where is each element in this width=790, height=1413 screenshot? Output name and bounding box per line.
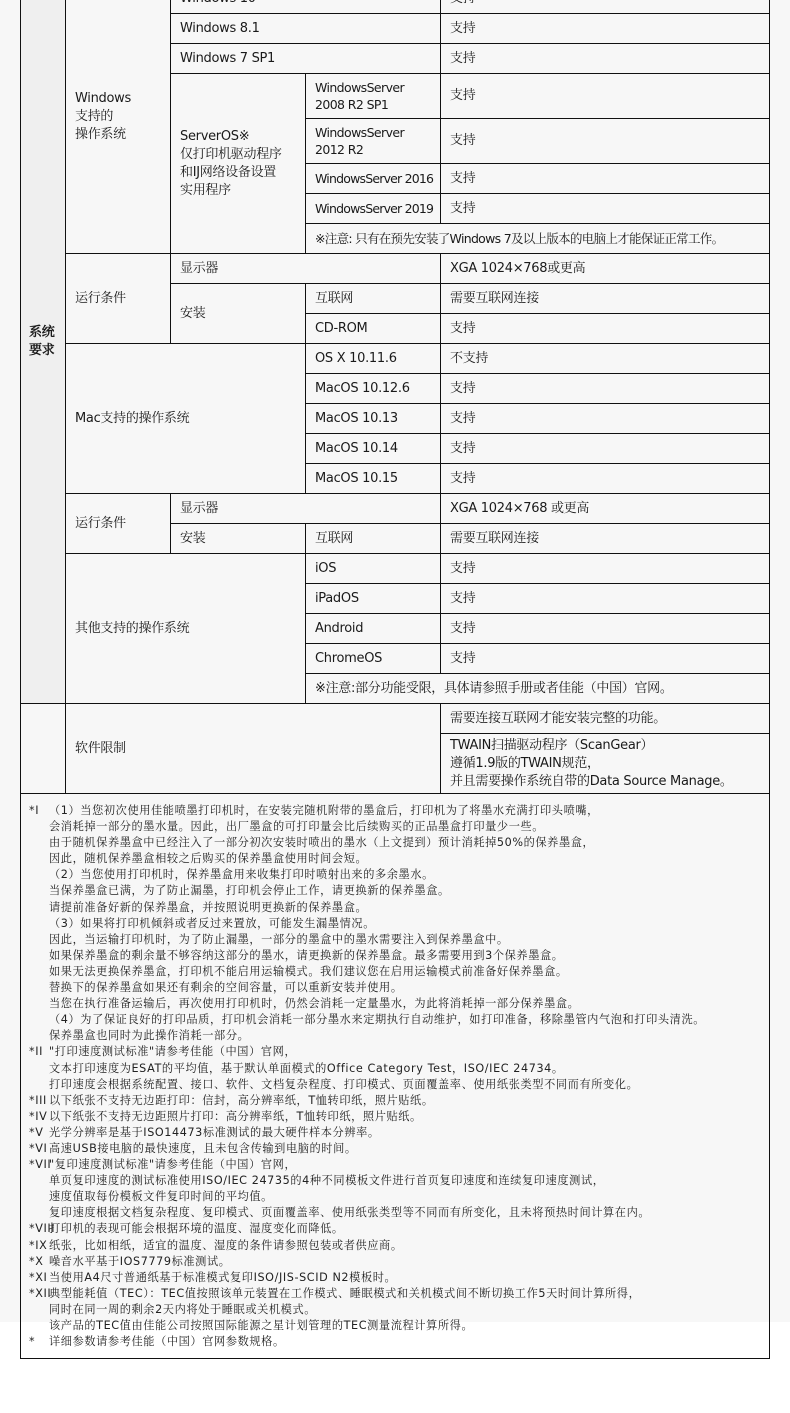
os-cell: iOS — [305, 553, 440, 583]
install-item: 互联网 — [305, 523, 440, 553]
footnote-line: 复印速度根据文档复杂程度、复印模式、页面覆盖率、使用纸张类型等不同而有所变化，且… — [29, 1205, 769, 1221]
footnote-line: *VII"复印速度测试标准"请参考佳能（中国）官网， — [29, 1157, 769, 1173]
footnote-line: 速度值取每份模板文件复印时间的平均值。 — [29, 1189, 769, 1205]
display-value: XGA 1024×768 或更高 — [440, 493, 769, 523]
footnote-marker: *VIII — [29, 1221, 49, 1237]
footnote-marker — [29, 883, 49, 899]
footnote-marker — [29, 932, 49, 948]
software-limit-label: 软件限制 — [65, 703, 440, 793]
footnote-marker: *IX — [29, 1238, 49, 1254]
footnote-text: 该产品的TEC值由佳能公司按照国际能源之星计划管理的TEC测量流程计算所得。 — [49, 1318, 473, 1334]
footnote-marker — [29, 1302, 49, 1318]
footnote-marker — [29, 948, 49, 964]
footnote-marker — [29, 1318, 49, 1334]
support-cell: 支持 — [440, 463, 769, 493]
footnote-line: 替换下的保养墨盒如果还有剩余的空间容量，可以重新安装并使用。 — [29, 980, 769, 996]
footnote-text: （1）当您初次使用佳能喷墨打印机时，在安装完随机附带的墨盒后，打印机为了将墨水充… — [49, 803, 599, 819]
footnote-line: 如果无法更换保养墨盒，打印机不能启用运输模式。我们建议您在启用运输模式前准备好保… — [29, 964, 769, 980]
footnotes: *I（1）当您初次使用佳能喷墨打印机时，在安装完随机附带的墨盒后，打印机为了将墨… — [20, 793, 770, 1359]
footnote-line: *IV以下纸张不支持无边距照片打印：高分辨率纸，T恤转印纸，照片贴纸。 — [29, 1109, 769, 1125]
os-cell: Android — [305, 613, 440, 643]
footnote-line: 打印速度会根据系统配置、接口、软件、文档复杂程度、打印模式、页面覆盖率、使用纸张… — [29, 1077, 769, 1093]
footnote-line: 当保养墨盒已满，为了防止漏墨，打印机会停止工作，请更换新的保养墨盒。 — [29, 883, 769, 899]
os-cell: MacOS 10.12.6 — [305, 373, 440, 403]
os-cell: Windows 10 — [170, 0, 440, 13]
footnote-line: *VIII打印机的表现可能会根据环境的温度、湿度变化而降低。 — [29, 1221, 769, 1237]
support-cell: 支持 — [440, 193, 769, 223]
os-cell: Windows 7 SP1 — [170, 43, 440, 73]
footnote-line: （2）当您使用打印机时，保养墨盒用来收集打印时喷射出来的多余墨水。 — [29, 867, 769, 883]
footnote-marker — [29, 1205, 49, 1221]
footnote-text: 打印机的表现可能会根据环境的温度、湿度变化而降低。 — [49, 1221, 344, 1237]
footnote-line: 当您在执行准备运输后，再次使用打印机时，仍然会消耗一定量墨水，为此将消耗掉一部分… — [29, 996, 769, 1012]
footnote-line: *I（1）当您初次使用佳能喷墨打印机时，在安装完随机附带的墨盒后，打印机为了将墨… — [29, 803, 769, 819]
footnote-text: 如果保养墨盒的剩余量不够容纳这部分的墨水，请更换新的保养墨盒。最多需要用到3个保… — [49, 948, 564, 964]
win-conditions-label: 运行条件 — [65, 253, 170, 343]
footnote-text: 保养墨盒也同时为此操作消耗一部分。 — [49, 1028, 249, 1044]
footnote-text: （2）当您使用打印机时，保养墨盒用来收集打印时喷射出来的多余墨水。 — [49, 867, 434, 883]
footnote-text: 当使用A4尺寸普通纸基于标准模式复印ISO/JIS-SCID N2模板时。 — [49, 1270, 396, 1286]
server-os-cell: WindowsServer 2012 R2 — [305, 118, 440, 163]
footnote-line: 会消耗掉一部分的墨水量。因此，出厂墨盒的可打印量会比后续购买的正品墨盒打印量少一… — [29, 819, 769, 835]
other-os-note: ※注意:部分功能受限，具体请参照手册或者佳能（中国）官网。 — [305, 673, 769, 703]
install-value: 需要互联网连接 — [440, 283, 769, 313]
support-cell: 支持 — [440, 0, 769, 13]
footnote-marker — [29, 900, 49, 916]
install-value: 需要互联网连接 — [440, 523, 769, 553]
os-cell: MacOS 10.14 — [305, 433, 440, 463]
footnote-text: 打印速度会根据系统配置、接口、软件、文档复杂程度、打印模式、页面覆盖率、使用纸张… — [49, 1077, 638, 1093]
footnote-line: *III以下纸张不支持无边距打印：信封，高分辨率纸，T恤转印纸，照片贴纸。 — [29, 1093, 769, 1109]
footnote-text: 以下纸张不支持无边距打印：信封，高分辨率纸，T恤转印纸，照片贴纸。 — [49, 1093, 434, 1109]
footnote-marker — [29, 1028, 49, 1044]
footnote-text: 详细参数请参考佳能（中国）官网参数规格。 — [49, 1334, 285, 1350]
section-label-system-requirements: 系统 要求 — [20, 0, 65, 703]
install-item: CD-ROM — [305, 313, 440, 343]
footnote-line: *XII典型能耗值（TEC）：TEC值按照该单元装置在工作模式、睡眠模式和关机模… — [29, 1286, 769, 1302]
footnote-text: 复印速度根据文档复杂程度、复印模式、页面覆盖率、使用纸张类型等不同而有所变化，且… — [49, 1205, 650, 1221]
mac-os-group-label: Mac支持的操作系统 — [65, 343, 305, 493]
footnote-text: 高速USB接电脑的最快速度，且未包含传输到电脑的时间。 — [49, 1141, 357, 1157]
footnote-line: 因此，随机保养墨盒相较之后购买的保养墨盒使用时间会短。 — [29, 851, 769, 867]
footnote-marker: * — [29, 1334, 49, 1350]
footnote-line: 该产品的TEC值由佳能公司按照国际能源之星计划管理的TEC测量流程计算所得。 — [29, 1318, 769, 1334]
footnote-text: 文本打印速度为ESAT的平均值，基于默认单面模式的Office Category… — [49, 1061, 564, 1077]
footnote-text: 当您在执行准备运输后，再次使用打印机时，仍然会消耗一定量墨水，为此将消耗掉一部分… — [49, 996, 579, 1012]
support-cell: 支持 — [440, 433, 769, 463]
mac-conditions-label: 运行条件 — [65, 493, 170, 553]
footnote-line: *II"打印速度测试标准"请参考佳能（中国）官网， — [29, 1044, 769, 1060]
support-cell: 支持 — [440, 583, 769, 613]
display-label: 显示器 — [170, 493, 440, 523]
support-cell: 支持 — [440, 118, 769, 163]
footnote-text: 单页复印速度的测试标准使用ISO/IEC 24735的4种不同模板文件进行首页复… — [49, 1173, 605, 1189]
support-cell: 支持 — [440, 73, 769, 118]
footnote-line: 由于随机保养墨盒中已经注入了一部分初次安装时喷出的墨水（上文提到）预计消耗掉50… — [29, 835, 769, 851]
footnote-line: 同时在同一周的剩余2天内将处于睡眠或关机模式。 — [29, 1302, 769, 1318]
server-os-cell: WindowsServer 2019 — [305, 193, 440, 223]
support-cell: 支持 — [440, 373, 769, 403]
footnote-text: 光学分辨率是基于ISO14473标准测试的最大硬件样本分辨率。 — [49, 1125, 380, 1141]
footnote-marker — [29, 1061, 49, 1077]
footnote-text: 替换下的保养墨盒如果还有剩余的空间容量，可以重新安装并使用。 — [49, 980, 403, 996]
software-limit-value: 需要连接互联网才能安装完整的功能。 — [440, 703, 769, 733]
footnote-line: *IX纸张，比如相纸，适宜的温度、湿度的条件请参照包装或者供应商。 — [29, 1238, 769, 1254]
footnote-text: 以下纸张不支持无边距照片打印：高分辨率纸，T恤转印纸，照片贴纸。 — [49, 1109, 422, 1125]
os-cell: MacOS 10.15 — [305, 463, 440, 493]
footnote-line: *VI高速USB接电脑的最快速度，且未包含传输到电脑的时间。 — [29, 1141, 769, 1157]
footnote-line: *X噪音水平基于IOS7779标准测试。 — [29, 1254, 769, 1270]
footnote-marker — [29, 851, 49, 867]
footnote-text: 速度值取每份模板文件复印时间的平均值。 — [49, 1189, 273, 1205]
display-label: 显示器 — [170, 253, 440, 283]
footnote-text: "打印速度测试标准"请参考佳能（中国）官网， — [49, 1044, 296, 1060]
footnote-text: "复印速度测试标准"请参考佳能（中国）官网， — [49, 1157, 296, 1173]
support-cell: 支持 — [440, 643, 769, 673]
footnote-marker: *II — [29, 1044, 49, 1060]
footnote-line: 保养墨盒也同时为此操作消耗一部分。 — [29, 1028, 769, 1044]
footnote-text: 如果无法更换保养墨盒，打印机不能启用运输模式。我们建议您在启用运输模式前准备好保… — [49, 964, 568, 980]
server-os-label: ServerOS※ 仅打印机驱动程序 和IJ网络设备设置 实用程序 — [170, 73, 305, 253]
display-value: XGA 1024×768或更高 — [440, 253, 769, 283]
footnote-line: 请提前准备好新的保养墨盒，并按照说明更换新的保养墨盒。 — [29, 900, 769, 916]
footnote-line: （3）如果将打印机倾斜或者反过来置放，可能发生漏墨情况。 — [29, 916, 769, 932]
footnote-text: 当保养墨盒已满，为了防止漏墨，打印机会停止工作，请更换新的保养墨盒。 — [49, 883, 450, 899]
support-cell: 不支持 — [440, 343, 769, 373]
footnote-marker — [29, 819, 49, 835]
footnote-text: 因此，随机保养墨盒相较之后购买的保养墨盒使用时间会短。 — [49, 851, 367, 867]
server-os-cell: WindowsServer 2016 — [305, 163, 440, 193]
footnote-marker — [29, 964, 49, 980]
footnote-marker: *IV — [29, 1109, 49, 1125]
footnote-text: 会消耗掉一部分的墨水量。因此，出厂墨盒的可打印量会比后续购买的正品墨盒打印量少一… — [49, 819, 544, 835]
footnote-marker: *III — [29, 1093, 49, 1109]
footnote-marker — [29, 867, 49, 883]
footnote-line: 单页复印速度的测试标准使用ISO/IEC 24735的4种不同模板文件进行首页复… — [29, 1173, 769, 1189]
footnote-marker: *V — [29, 1125, 49, 1141]
footnote-marker: *I — [29, 803, 49, 819]
install-label: 安装 — [170, 523, 305, 553]
footnote-text: （4）为了保证良好的打印品质，打印机会消耗一部分墨水来定期执行自动维护，如打印准… — [49, 1012, 705, 1028]
footnote-text: 同时在同一周的剩余2天内将处于睡眠或关机模式。 — [49, 1302, 316, 1318]
footnote-marker — [29, 980, 49, 996]
footnote-line: *详细参数请参考佳能（中国）官网参数规格。 — [29, 1334, 769, 1350]
footnote-marker: *VII — [29, 1157, 49, 1173]
software-limit-value: TWAIN扫描驱动程序（ScanGear） 遵循1.9版的TWAIN规范， 并且… — [440, 733, 769, 793]
footnote-marker — [29, 996, 49, 1012]
footnote-line: *V光学分辨率是基于ISO14473标准测试的最大硬件样本分辨率。 — [29, 1125, 769, 1141]
support-cell: 支持 — [440, 163, 769, 193]
support-cell: 支持 — [440, 403, 769, 433]
footnote-line: 如果保养墨盒的剩余量不够容纳这部分的墨水，请更换新的保养墨盒。最多需要用到3个保… — [29, 948, 769, 964]
install-value: 支持 — [440, 313, 769, 343]
footnote-marker: *VI — [29, 1141, 49, 1157]
footnote-text: 典型能耗值（TEC）：TEC值按照该单元装置在工作模式、睡眠模式和关机模式间不断… — [49, 1286, 640, 1302]
support-cell: 支持 — [440, 613, 769, 643]
table-right-border — [769, 0, 770, 793]
footnote-line: （4）为了保证良好的打印品质，打印机会消耗一部分墨水来定期执行自动维护，如打印准… — [29, 1012, 769, 1028]
os-cell: Windows 8.1 — [170, 13, 440, 43]
footnote-text: 请提前准备好新的保养墨盒，并按照说明更换新的保养墨盒。 — [49, 900, 367, 916]
footnote-line: *XI当使用A4尺寸普通纸基于标准模式复印ISO/JIS-SCID N2模板时。 — [29, 1270, 769, 1286]
footnote-line: 因此，当运输打印机时，为了防止漏墨，一部分的墨盒中的墨水需要注入到保养墨盒中。 — [29, 932, 769, 948]
footnote-marker — [29, 1012, 49, 1028]
support-cell: 支持 — [440, 43, 769, 73]
windows-os-group-label: Windows 支持的 操作系统 — [65, 0, 170, 253]
support-cell: 支持 — [440, 13, 769, 43]
footnote-marker: *XI — [29, 1270, 49, 1286]
footnote-marker — [29, 1173, 49, 1189]
footnote-marker: *XII — [29, 1286, 49, 1302]
footnote-text: 纸张，比如相纸，适宜的温度、湿度的条件请参照包装或者供应商。 — [49, 1238, 403, 1254]
footnote-text: 由于随机保养墨盒中已经注入了一部分初次安装时喷出的墨水（上文提到）预计消耗掉50… — [49, 835, 594, 851]
support-cell: 支持 — [440, 553, 769, 583]
os-cell: ChromeOS — [305, 643, 440, 673]
footnote-marker — [29, 916, 49, 932]
other-os-group-label: 其他支持的操作系统 — [65, 553, 305, 703]
footnote-line: 文本打印速度为ESAT的平均值，基于默认单面模式的Office Category… — [29, 1061, 769, 1077]
footnote-marker — [29, 1189, 49, 1205]
software-section-spacer — [20, 703, 65, 793]
os-cell: iPadOS — [305, 583, 440, 613]
footnote-text: 噪音水平基于IOS7779标准测试。 — [49, 1254, 231, 1270]
footnote-marker — [29, 835, 49, 851]
server-os-cell: WindowsServer 2008 R2 SP1 — [305, 73, 440, 118]
os-cell: OS X 10.11.6 — [305, 343, 440, 373]
footnote-text: 因此，当运输打印机时，为了防止漏墨，一部分的墨盒中的墨水需要注入到保养墨盒中。 — [49, 932, 509, 948]
server-os-note: ※注意: 只有在预先安装了Windows 7及以上版本的电脑上才能保证正常工作。 — [305, 223, 769, 253]
install-label: 安装 — [170, 283, 305, 343]
footnote-text: （3）如果将打印机倾斜或者反过来置放，可能发生漏墨情况。 — [49, 916, 375, 932]
footnote-marker — [29, 1077, 49, 1093]
install-item: 互联网 — [305, 283, 440, 313]
footnote-marker: *X — [29, 1254, 49, 1270]
os-cell: MacOS 10.13 — [305, 403, 440, 433]
